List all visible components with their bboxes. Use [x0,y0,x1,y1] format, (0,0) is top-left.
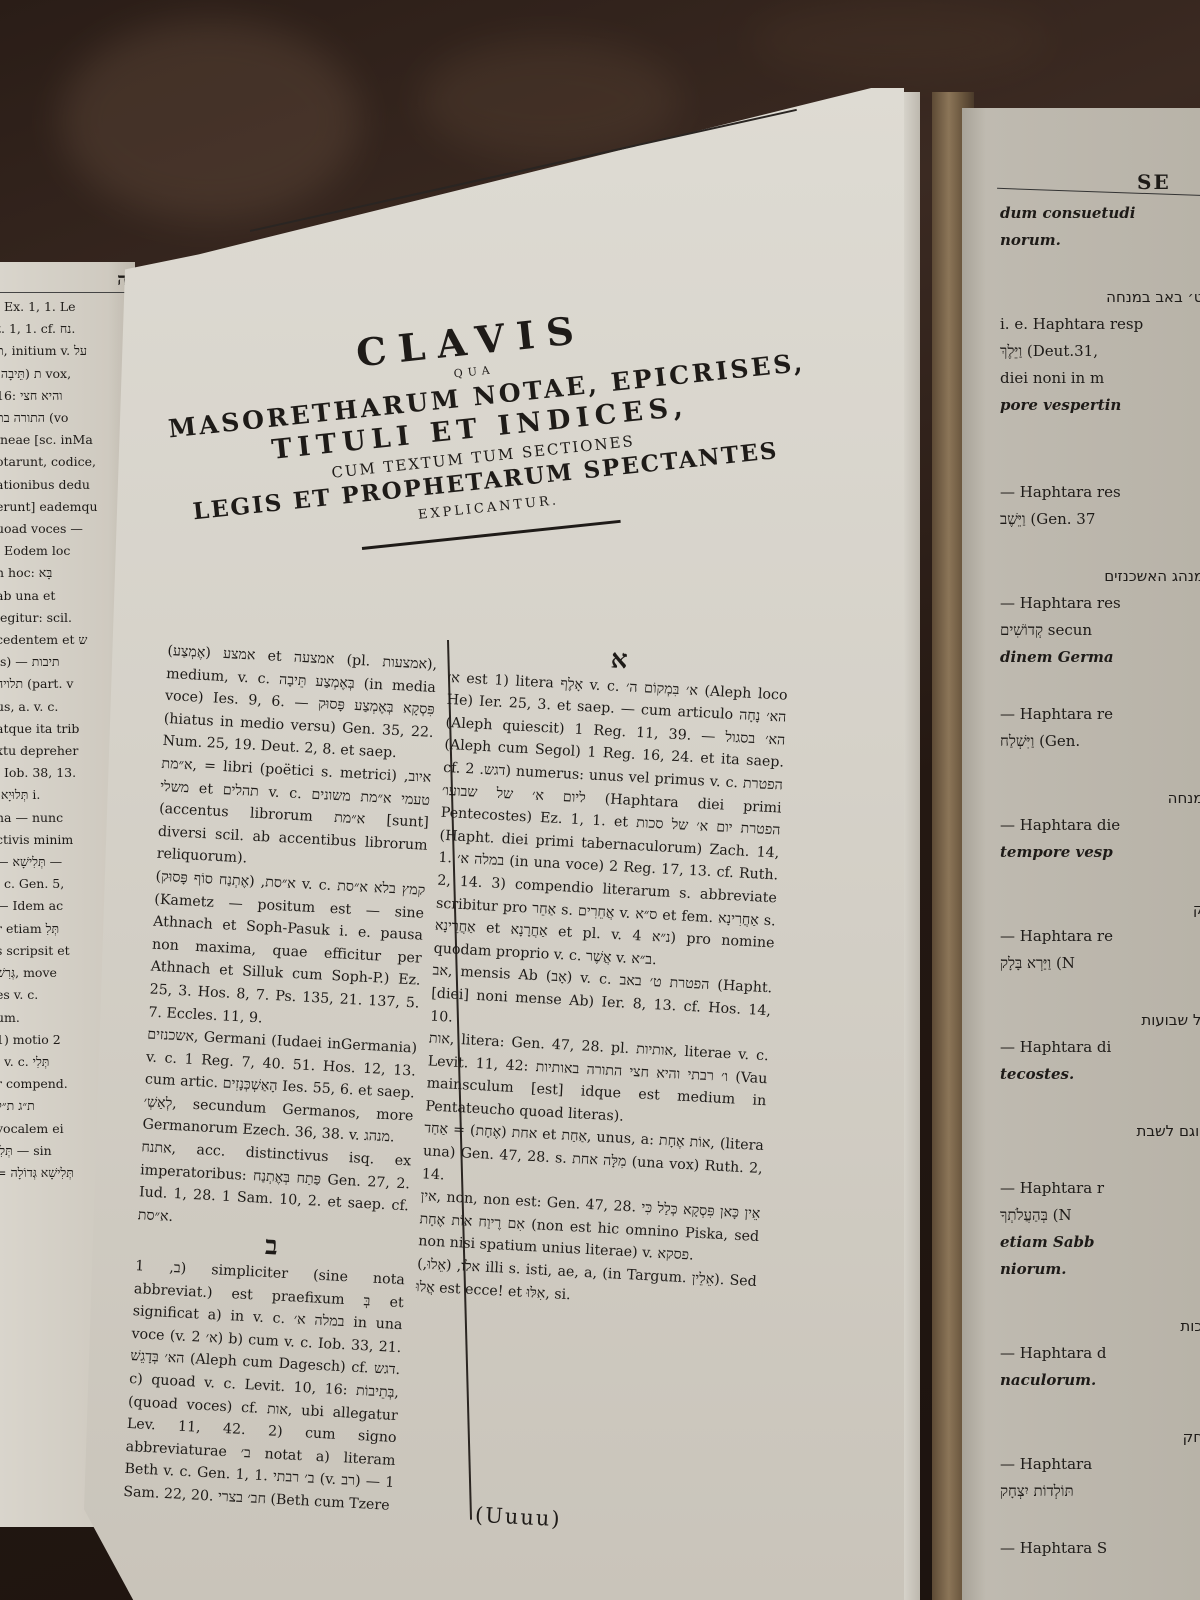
left-page-line: ת (תֵּיבָה) vox, [0,363,135,385]
right-page: SE dum consuetudinorum.לט׳ באב במנחהi. e… [962,108,1200,1600]
spacer [1000,1283,1200,1313]
entry: אמצע (אֶמְצַע) et אמצעה (pl. אמצעות), me… [162,640,438,767]
entry: א״מת, = libri (poëtici s. metrici) איוב,… [156,753,432,880]
spacer [1000,977,1200,1007]
left-column: אמצע (אֶמְצַע) et אמצעה (pl. אמצעות), me… [123,640,438,1518]
spacer [1000,671,1200,701]
signature-mark: (Uuuu) [474,1503,562,1532]
right-page-line: niorum. [1000,1256,1200,1283]
left-page-line: . Eodem loc [0,540,135,562]
right-page-text: dum consuetudinorum.לט׳ באב במנחהi. e. H… [1000,200,1200,1562]
wood-grain [420,40,680,160]
left-page-line: otarunt, codice, [0,451,135,473]
right-page-line: — Haphtara re [1000,701,1200,728]
right-page-line: — Haphtara d [1000,1340,1200,1367]
right-page-line: תּוֹלְדוֹת יִצְחָק [1000,1478,1200,1505]
wood-grain [750,0,1050,80]
spacer [1000,1505,1200,1535]
left-page-line: 16: והיא חצי [0,385,135,407]
right-page-header: SE [1137,170,1171,194]
right-page-line: — Haphtara S [1000,1535,1200,1562]
left-page-line: t. 1, 1. cf. נח. [0,318,135,340]
right-page-line: צחק [1000,1424,1200,1451]
right-page-line: וַיַּרְא בָּלָק (N [1000,950,1200,977]
wood-grain [60,20,360,220]
entry: אות, litera: Gen. 47, 28. pl. אותיות, li… [425,1028,769,1136]
right-page-line: i. e. Haphtara resp [1000,311,1200,338]
right-page-line: — Haphtara [1000,1451,1200,1478]
left-page-line: ת, initium v. על [0,340,135,362]
right-page-line: tecostes. [1000,1061,1200,1088]
right-column: א א׳ est 1) litera אָלֶף v. c. א׳ בִּמְק… [415,638,789,1316]
right-page-line: וַיִּשְׁלַח (Gen. [1000,728,1200,755]
right-page-line: למנחה [1000,785,1200,812]
right-page-line: naculorum. [1000,1367,1200,1394]
right-page-line: tempore vesp [1000,839,1200,866]
right-page-line: כמנהג האשכנזים [1000,563,1200,590]
spacer [1000,254,1200,284]
spacer [1000,533,1200,563]
right-page-line: norum. [1000,227,1200,254]
right-page-line: לט׳ באב במנחה [1000,284,1200,311]
right-page-line: dinem Germa [1000,644,1200,671]
right-page-line: — Haphtara die [1000,812,1200,839]
left-page-line: ineae [sc. inMa [0,429,135,451]
spacer [1000,1088,1200,1118]
spacer [1000,1394,1200,1424]
left-page-line: uoad voces — [0,518,135,540]
entry: אתנח, acc. distinctivus isq. ex imperato… [137,1136,411,1240]
entry: ב, 1) simpliciter (sine nota abbreviat.)… [123,1255,406,1517]
entry: א״סת, (אֶתְנַח סוֹף פָּסוּק) v. c. קמץ ב… [148,866,426,1038]
right-page-line: של שבועות [1000,1007,1200,1034]
spacer [1000,449,1200,479]
spacer [1000,419,1200,449]
left-page-line: erunt] eademqu [0,496,135,518]
right-page-line: — Haphtara re [1000,923,1200,950]
spacer [1000,755,1200,785]
right-page-line: — Haphtara r [1000,1175,1200,1202]
left-page-line: התורה בת (vo [0,407,135,429]
right-page-line: וַיֵּשֶׁב (Gen. 37 [1000,506,1200,533]
right-page-line: etiam Sabb [1000,1229,1200,1256]
right-page-line: קְדוֹשִׁים secun [1000,617,1200,644]
right-page-line: בְּהַעֲלֹתְךָ (N [1000,1202,1200,1229]
left-page-line: ationibus dedu [0,474,135,496]
right-page-line: pore vespertin [1000,392,1200,419]
right-page-line: — Haphtara res [1000,590,1200,617]
right-page-line: — Haphtara res [1000,479,1200,506]
left-page-rule [0,292,135,293]
left-page-line: . Ex. 1, 1. Le [0,296,135,318]
right-page-line: לק [1000,896,1200,923]
entry: א׳ est 1) litera אָלֶף v. c. א׳ בִּמְקוֹ… [433,667,788,978]
entry: אשכנזים, Germani (Iudaei inGermania) v. … [142,1024,418,1151]
right-page-line: וַיֵּלֶךְ (Deut.31, [1000,338,1200,365]
right-page-line: dum consuetudi [1000,200,1200,227]
right-page-line: ך וגם לשבת [1000,1118,1200,1145]
spacer [1000,866,1200,896]
spacer [1000,1145,1200,1175]
right-page-line: diei noni in m [1000,365,1200,392]
right-page-line: סכות [1000,1313,1200,1340]
right-page-line: — Haphtara di [1000,1034,1200,1061]
